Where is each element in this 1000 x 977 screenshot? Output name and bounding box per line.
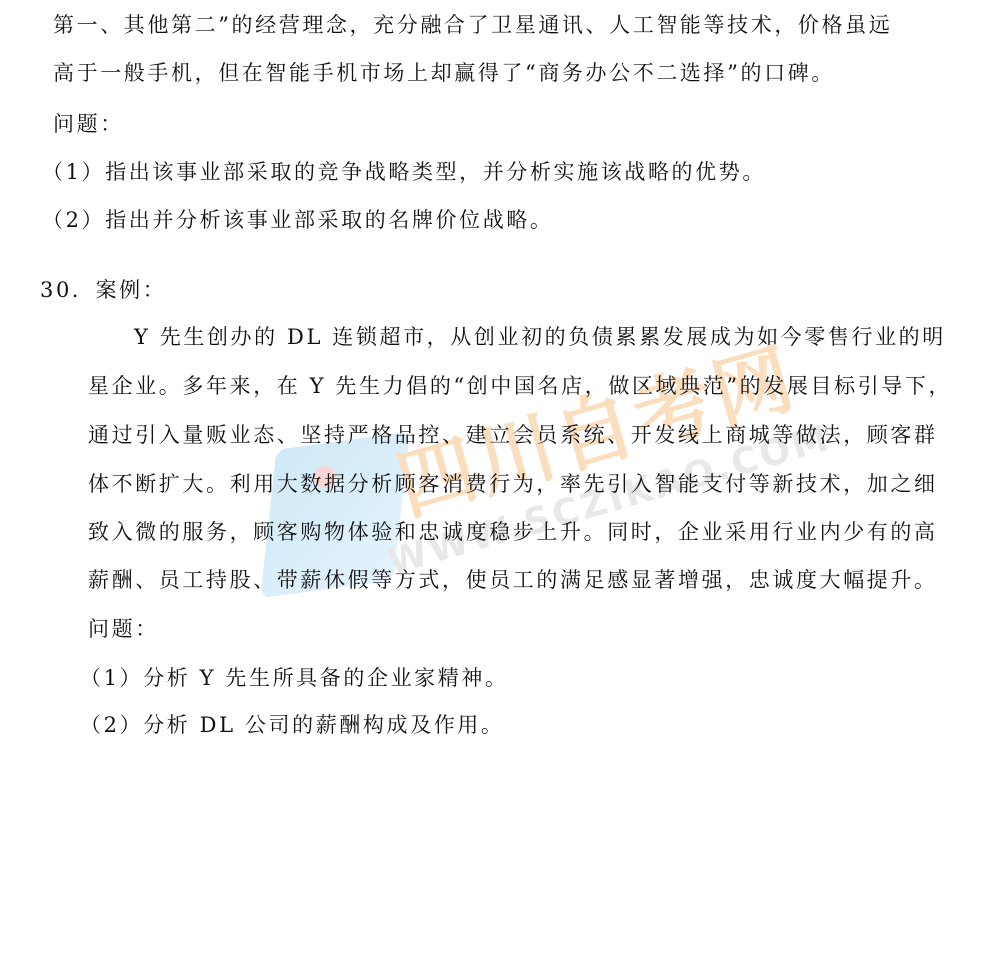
paragraph-line: 致入微的服务，顾客购物体验和忠诚度稳步上升。同时，企业采用行业内少有的高	[88, 518, 938, 546]
paragraph-line: 高于一般手机，但在智能手机市场上却赢得了“商务办公不二选择”的口碑。	[53, 59, 835, 87]
exam-page: 四川自考网 WWW.SCZIKAO.COM 第一、其他第二”的经营理念，充分融合…	[0, 0, 1000, 977]
question-item: （1）分析 Y 先生所具备的企业家精神。	[80, 664, 509, 692]
paragraph-line: 星企业。多年来，在 Y 先生力倡的“创中国名店，做区域典范”的发展目标引导下，	[88, 372, 952, 400]
paragraph-line: 第一、其他第二”的经营理念，充分融合了卫星通讯、人工智能等技术，价格虽远	[53, 11, 892, 39]
question-item: （1）指出该事业部采取的竞争战略类型，并分析实施该战略的优势。	[42, 158, 766, 186]
paragraph-line: Y 先生创办的 DL 连锁超市，从创业初的负债累累发展成为如今零售行业的明	[134, 323, 946, 351]
case-heading: 30．案例：	[40, 276, 166, 304]
question-item: （2）分析 DL 公司的薪酬构成及作用。	[80, 711, 505, 739]
questions-label: 问题：	[53, 110, 124, 138]
paragraph-line: 体不断扩大。利用大数据分析顾客消费行为，率先引入智能支付等新技术，加之细	[88, 470, 938, 498]
paragraph-line: 通过引入量贩业态、坚持严格品控、建立会员系统、开发线上商城等做法，顾客群	[88, 421, 938, 449]
question-item: （2）指出并分析该事业部采取的名牌价位战略。	[42, 206, 554, 234]
questions-label: 问题：	[88, 615, 159, 643]
paragraph-line: 薪酬、员工持股、带薪休假等方式，使员工的满足感显著增强，忠诚度大幅提升。	[88, 566, 938, 594]
